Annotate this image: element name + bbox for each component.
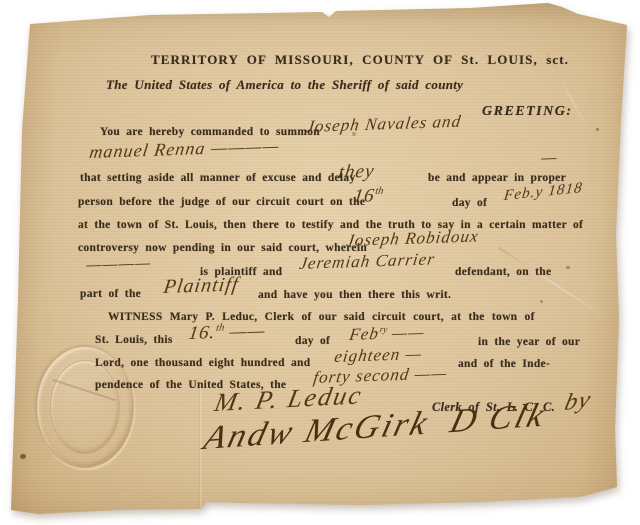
handwritten-by: by bbox=[562, 387, 594, 417]
handwritten-defendant-name: Jeremiah Carrier bbox=[298, 249, 436, 274]
excuse-text: that setting aside all manner of excuse … bbox=[80, 172, 356, 184]
handwritten-dash-fill: ———— bbox=[85, 253, 153, 275]
ink-spot bbox=[540, 300, 543, 303]
witness-line1: WITNESS Mary P. Leduc, Clerk of our said… bbox=[108, 311, 535, 323]
witness-month-dash: —— bbox=[391, 322, 426, 342]
witness-day-suffix: th bbox=[215, 322, 225, 333]
appear-text: be and appear in proper bbox=[428, 172, 566, 184]
witness-stlouis: St. Louis, this bbox=[95, 334, 173, 346]
person-text: person before the judge of our circuit c… bbox=[78, 196, 365, 208]
ink-spot bbox=[566, 266, 570, 269]
salutation-line: The United States of America to the Sher… bbox=[106, 77, 463, 93]
handwritten-summoned-name-1: Joseph Navales and bbox=[305, 112, 463, 137]
embossed-seal-inner-ring bbox=[50, 360, 120, 454]
greeting-label: GREETING: bbox=[482, 104, 573, 120]
document-title: TERRITORY OF MISSOURI, COUNTY OF St. LOU… bbox=[140, 52, 580, 68]
independence-dash: —— bbox=[414, 363, 449, 383]
witness-year-of: in the year of our bbox=[478, 336, 580, 348]
witness-day-number: 16. bbox=[187, 322, 217, 344]
court-day-number: 16 bbox=[352, 185, 376, 207]
fold-crease bbox=[199, 382, 202, 508]
paper-shadow: TERRITORY OF MISSOURI, COUNTY OF St. LOU… bbox=[0, 0, 640, 525]
handwritten-summoned-name-2: manuel Renna ———— bbox=[88, 135, 281, 163]
handwritten-dash: — bbox=[540, 147, 559, 168]
witness-day-of: day of bbox=[295, 335, 330, 347]
witness-inde: and of the Inde- bbox=[458, 358, 550, 370]
handwritten-witness-day: 16.th —— bbox=[187, 320, 267, 345]
witness-month-name: Feb bbox=[348, 324, 380, 344]
ink-spot bbox=[20, 454, 26, 459]
fold-crease bbox=[498, 247, 608, 319]
court-day-suffix: th bbox=[375, 186, 385, 197]
part-of-text: part of the bbox=[80, 288, 141, 300]
witness-month-suffix: ry bbox=[379, 325, 388, 335]
handwritten-plaintiff-name: Joseph Robidoux bbox=[345, 226, 480, 251]
year-dash: — bbox=[404, 344, 423, 364]
handwritten-they: they bbox=[337, 161, 376, 184]
handwritten-court-day: 16th bbox=[352, 185, 384, 208]
year-written: eighteen bbox=[333, 345, 402, 366]
handwritten-witness-month: Febry —— bbox=[348, 322, 426, 345]
handwritten-year: eighteen — bbox=[333, 344, 423, 367]
deputy-title: D Clk bbox=[446, 397, 550, 440]
witness-lord: Lord, one thousand eight hundred and bbox=[95, 357, 310, 369]
defendant-label-text: defendant, on the bbox=[455, 266, 551, 278]
town-text: at the town of St. Louis, then there to … bbox=[78, 219, 583, 231]
witness-day-dash: —— bbox=[228, 320, 267, 342]
writ-text: and have you then there this writ. bbox=[258, 289, 451, 301]
document-scan: TERRITORY OF MISSOURI, COUNTY OF St. LOU… bbox=[0, 0, 640, 525]
ink-spot bbox=[596, 128, 599, 131]
handwritten-party: Plaintiff bbox=[162, 273, 240, 299]
summon-text: You are hereby commanded to summon bbox=[100, 126, 320, 138]
paper: TERRITORY OF MISSOURI, COUNTY OF St. LOU… bbox=[0, 0, 640, 525]
day-of-text: day of bbox=[452, 197, 487, 209]
